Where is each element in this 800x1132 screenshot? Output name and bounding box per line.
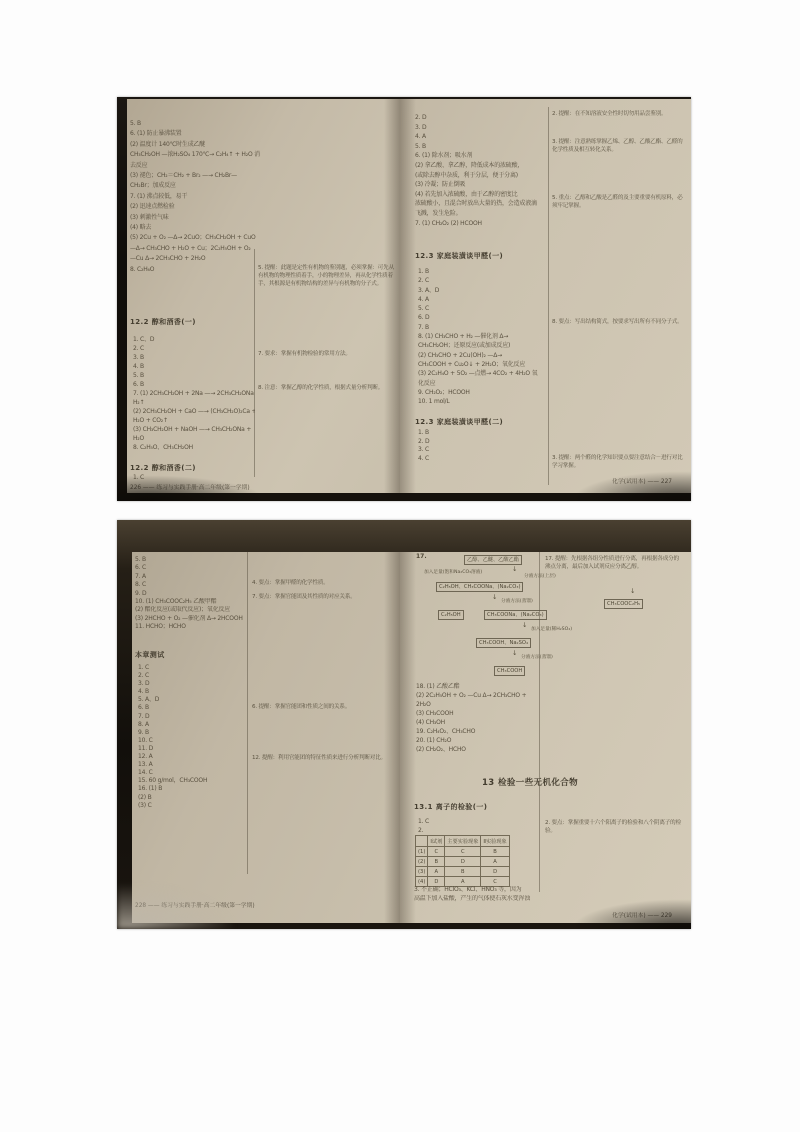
text-line: 4. B — [138, 688, 250, 696]
table-cell: (2) — [416, 857, 428, 867]
text-line: (2) 迅速点燃检验 — [130, 202, 325, 212]
flow-label-distill: 分液方法(蒸馏) — [501, 598, 533, 604]
answer-line: 2. — [418, 827, 423, 834]
text-line: 6. C — [135, 564, 250, 572]
text-line: (3) 2C₂H₄O + 5O₂ —点燃→ 4CO₂ + 4H₂O 氧 — [418, 369, 546, 378]
text-line: (4) 若先加入浓硫酸，由于乙醇的密度比 — [415, 190, 547, 200]
flow-label-add-h2so4: 加入足量(稀H₂SO₄) — [531, 626, 572, 632]
gutter-shadow — [400, 552, 416, 923]
text-line: 5. C — [418, 304, 546, 313]
text-line: 2. C — [138, 672, 250, 680]
text-line: (2) 拿乙酸、拿乙醇，降低成本的浓硫酸， — [415, 161, 547, 171]
flow-box-mix2: C₂H₅OH、CH₃COONa、(Na₂CO₃) — [436, 582, 523, 592]
text-line: (2) 温度计 140℃时生成乙醚 — [130, 140, 325, 150]
margin-note: 6. 提醒：掌握官能团和性质之间的关系。 — [252, 704, 388, 712]
text-line: 3. A、D — [418, 286, 546, 295]
flow-box-acid-mix: CH₃COOH、Na₂SO₄ — [476, 638, 531, 648]
text-line: 2. D — [415, 113, 547, 123]
text-line: 6. B — [133, 380, 255, 389]
text-line: 7. (1) CH₂O₂ (2) HCOOH — [415, 219, 547, 229]
text-line: 7. (1) 沸点较低，易干 — [130, 192, 325, 202]
text-line: 14. C — [138, 769, 250, 777]
book-page-226: 5. B6. (1) 防止暴沸装置(2) 温度计 140℃时生成乙醚CH₃CH₂… — [127, 99, 400, 493]
answers-column: 18. (1) 乙酸乙酯(2) 2C₂H₅OH + O₂ —Cu Δ→ 2CH₃… — [416, 682, 556, 754]
text-line: 10. (1) CH₃COOC₂H₅ 乙酸甲酯 — [135, 598, 250, 606]
table-cell: A — [428, 867, 445, 877]
table-cell: B — [445, 867, 481, 877]
margin-note: 17. 提醒：先根据各组分性质进行分离，再根据各成分的沸点分离，最后加入试剂反应… — [545, 556, 683, 572]
text-line: CH₂Br；加成反应 — [130, 181, 325, 191]
text-line: 8. A — [138, 721, 250, 729]
table-cell: B — [428, 857, 445, 867]
flow-box-acid: CH₃COOH — [494, 666, 525, 676]
margin-note: 2. 提醒：在不知溶液安全性时切勿用品尝鉴别。 — [552, 111, 685, 119]
flow-arrow-down-icon: ↓ — [630, 588, 635, 595]
photo-light-smudge — [117, 883, 237, 929]
text-line: 16. (1) B — [138, 785, 250, 793]
ion-test-table: Ⅰ试剂主要实验现象Ⅱ实验现象(1)CCB(2)BDA(3)ABD(4)DAC — [415, 835, 510, 887]
table-cell: C — [445, 847, 481, 857]
photo-shadow — [117, 475, 267, 501]
text-line: 11. HCHO；HCHO — [135, 623, 250, 631]
column-divider-line — [539, 552, 540, 892]
text-line: (3) 2HCHO + O₂ —催化剂 Δ→ 2HCOOH — [135, 615, 250, 623]
table-row: (3)ABD — [416, 867, 510, 877]
section-heading: 12.2 醇和酒香(一) — [130, 317, 196, 327]
text-line: (2) 2C₂H₅OH + O₂ —Cu Δ→ 2CH₃CHO + — [416, 691, 556, 700]
margin-note: 5. 重点：乙醇和乙酸是乙醛的及主要重要有机原料，必须牢记掌握。 — [552, 195, 685, 211]
section-heading: 12.3 家庭装潢谈甲醛(一) — [415, 251, 503, 261]
text-line: 5. B — [130, 119, 325, 129]
text-line: —Cu Δ→ 2CH₃CHO + 2H₂O — [130, 254, 325, 264]
text-line: 4. A — [418, 295, 546, 304]
table-header-row: Ⅰ试剂主要实验现象Ⅱ实验现象 — [416, 836, 510, 847]
text-line: 3. D — [415, 123, 547, 133]
text-line: 9. B — [138, 729, 250, 737]
table-row: (2)BDA — [416, 857, 510, 867]
gutter-shadow — [400, 99, 416, 493]
text-line: (3) 冷凝；防止倒吸 — [415, 180, 547, 190]
table-cell: (3) — [416, 867, 428, 877]
flow-label-add-na2co3: 加入足量(饱和Na₂CO₃溶液) — [424, 569, 482, 575]
item-number: 17. — [416, 553, 427, 560]
section-heading: 13.1 离子的检验(一) — [414, 802, 487, 812]
section-heading: 12.3 家庭装潢谈甲醛(二) — [415, 417, 503, 427]
text-line: 19. C₂H₄O₂、CH₃CHO — [416, 727, 556, 736]
text-line: 5. B — [135, 556, 250, 564]
text-line: 8. C₂H₅O、CH₃CH₂OH — [133, 443, 255, 452]
table-row: (4)DAC — [416, 877, 510, 887]
text-line: CH₃COOH + Cu₂O↓ + 2H₂O；氧化反应 — [418, 360, 546, 369]
answer-line: 1. C — [418, 818, 429, 825]
margin-note: 2. 要点：掌握重要十六个阳离子的检验和八个阴离子的检验。 — [545, 820, 683, 836]
text-line: 9. CH₂O₂；HCOOH — [418, 388, 546, 397]
text-line: 7. A — [135, 573, 250, 581]
text-line: (2) 2CH₃CH₂OH + CaO —→ (CH₃CH₂O)₂Ca + — [133, 407, 255, 416]
text-line: (4) CH₃OH — [416, 718, 556, 727]
text-line: (2) CH₃CHO + 2Cu(OH)₂ —Δ→ — [418, 351, 546, 360]
answers-column: 1. C、D2. C3. B4. B5. B6. B7. (1) 2CH₃CH₂… — [133, 335, 255, 452]
answers-column: 1. C2. C3. D4. B5. A、D6. B7. D8. A9. B10… — [138, 664, 250, 810]
text-line: 13. A — [138, 761, 250, 769]
text-line: 3. B — [133, 353, 255, 362]
text-line: 8. (1) CH₃CHO + H₂ —催化剂 Δ→ — [418, 332, 546, 341]
text-line: 6. (1) 除水剂；吸水剂 — [415, 151, 547, 161]
text-line: (3) 刺激性气味 — [130, 213, 325, 223]
text-line: 15. 60 g/mol，CH₃COOH — [138, 777, 250, 785]
text-line: 高温下加入盐酸，产生的气体使石灰水变浑浊 — [414, 895, 556, 904]
text-line: 4. B — [133, 362, 255, 371]
margin-note: 4. 要点：掌握甲醛的化学性质。 — [252, 580, 388, 588]
flow-box-salt: CH₃COONa、(Na₂CO₃) — [484, 610, 547, 620]
text-line: 6. D — [418, 313, 546, 322]
text-line: 18. (1) 乙酸乙酯 — [416, 682, 556, 691]
flow-box-mixture: 乙醇、乙醚、乙酸乙酯 — [464, 555, 522, 565]
text-line: 3. D — [138, 680, 250, 688]
book-page-228: 5. B6. C7. A8. C9. D10. (1) CH₃COOC₂H₅ 乙… — [132, 552, 400, 923]
flow-arrow-down-icon: ↓ — [512, 566, 517, 573]
text-line: 7. D — [138, 713, 250, 721]
margin-note: 5. 提醒：此题是定性有机物的鉴别题，必须掌握：可先从有机物的物理性质着手，小的… — [258, 265, 394, 288]
text-line: 2H₂O — [416, 700, 556, 709]
gutter-shadow — [384, 552, 400, 923]
table-cell: A — [445, 877, 481, 887]
text-line: 1. C — [138, 664, 250, 672]
text-line: 6. B — [138, 704, 250, 712]
table-cell: D — [428, 877, 445, 887]
text-line: 3. C — [418, 446, 478, 455]
margin-note: 8. 注意：掌握乙醇的化学性质，根据式量分析判断。 — [258, 385, 394, 393]
text-line: 4. C — [418, 455, 478, 464]
column-divider-line — [247, 552, 248, 874]
text-line: (3) 褪色；CH₂＝CH₂ + Br₂ —→ CH₂Br— — [130, 171, 325, 181]
text-line: (5) 2Cu + O₂ —Δ→ 2CuO；CH₃CH₂OH + CuO — [130, 233, 325, 243]
answers-column: 1. B2. C3. A、D4. A5. C6. D7. B8. (1) CH₃… — [418, 267, 546, 406]
text-line: 12. A — [138, 753, 250, 761]
column-divider-line — [254, 249, 255, 477]
table-cell: (1) — [416, 847, 428, 857]
text-line: 化反应 — [418, 379, 546, 388]
flow-arrow-down-icon: ↓ — [492, 594, 497, 601]
photo-shadow — [571, 471, 691, 501]
table-cell: D — [445, 857, 481, 867]
table-header-cell: Ⅱ实验现象 — [481, 836, 509, 847]
text-line: H₂O — [133, 434, 255, 443]
text-line: 6. (1) 防止暴沸装置 — [130, 129, 325, 139]
table-header-cell — [416, 836, 428, 847]
text-line: 2. D — [418, 438, 478, 447]
text-line: 2. C — [418, 276, 546, 285]
text-line: (或除去醇中杂质，利于分层，便于分离) — [415, 171, 547, 181]
text-line: (3) CH₃CH₂OH + NaOH —→ CH₃CH₂ONa + — [133, 425, 255, 434]
table-cell: C — [428, 847, 445, 857]
text-line: 4. A — [415, 132, 547, 142]
answers-column: 1. B2. D3. C4. C — [418, 429, 478, 463]
flow-label-distill: 分液方法(蒸馏) — [521, 654, 553, 660]
flow-arrow-down-icon: ↓ — [512, 650, 517, 657]
text-line: 9. D — [135, 590, 250, 598]
table-cell: A — [481, 857, 509, 867]
text-line: 11. D — [138, 745, 250, 753]
table-cell: B — [481, 847, 509, 857]
text-line: —Δ→ CH₃CHO + H₂O + Cu；2C₂H₅OH + O₂ — [130, 244, 325, 254]
text-line: CH₃CH₂OH；还原反应(或加成反应) — [418, 341, 546, 350]
text-line: 飞溅，发生危险。 — [415, 209, 547, 219]
answers-column: 5. B6. (1) 防止暴沸装置(2) 温度计 140℃时生成乙醚CH₃CH₂… — [130, 119, 325, 275]
text-line: (3) CH₃COOH — [416, 709, 556, 718]
margin-note: 8. 要点：写出结构简式，按要求写出所有不同分子式。 — [552, 319, 685, 327]
text-line: 1. B — [418, 267, 546, 276]
text-line: 浓硫酸小，且混合时放出大量的热，会造成液滴 — [415, 199, 547, 209]
book-page-229: 17. 乙醇、乙醚、乙酸乙酯 ↓ 加入足量(饱和Na₂CO₃溶液) 分液方法(上… — [400, 552, 691, 923]
text-line: 5. A、D — [138, 696, 250, 704]
text-line: (2) CH₂O₂、HCHO — [416, 745, 556, 754]
screenshot-root: { "colors": { "background": "#fdfdfd", "… — [0, 0, 800, 1132]
text-line: 5. B — [133, 371, 255, 380]
text-line: 2. C — [133, 344, 255, 353]
book-photo-top: 5. B6. (1) 防止暴沸装置(2) 温度计 140℃时生成乙醚CH₃CH₂… — [117, 97, 691, 501]
text-line: 20. (1) CH₂O — [416, 736, 556, 745]
chapter-heading: 13 检验一些无机化合物 — [430, 776, 630, 788]
book-page-227: 2. D3. D4. A5. B6. (1) 除水剂；吸水剂(2) 拿乙酸、拿乙… — [400, 99, 691, 493]
text-line: 5. B — [415, 142, 547, 152]
margin-note: 3. 提醒：两个醛的化学知识要点要注意结合－进行对比学习掌握。 — [552, 455, 685, 471]
text-line: H₂O + CO₂↑ — [133, 416, 255, 425]
text-line: H₂↑ — [133, 398, 255, 407]
table-row: (1)CCB — [416, 847, 510, 857]
flow-box-ester: CH₃COOC₂H₅ — [604, 599, 643, 609]
text-line: 3. 不正确；HClO₃、KCl、HNO₃ 等，因为 — [414, 886, 556, 895]
text-line: 10. 1 mol/L — [418, 397, 546, 406]
text-line: (2) B — [138, 794, 250, 802]
text-line: (2) 酯化反应(或取代反应)；氧化反应 — [135, 606, 250, 614]
section-heading: 12.2 醇和酒香(二) — [130, 463, 196, 473]
text-line: 1. B — [418, 429, 478, 438]
table-cell: D — [481, 867, 509, 877]
answers-column: 5. B6. C7. A8. C9. D10. (1) CH₃COOC₂H₅ 乙… — [135, 556, 250, 632]
table-cell: C — [481, 877, 509, 887]
table-cell: (4) — [416, 877, 428, 887]
column-divider-line — [548, 107, 549, 485]
margin-note: 7. 要求：掌握有机物检验的常用方法。 — [258, 351, 394, 359]
answers-column: 2. D3. D4. A5. B6. (1) 除水剂；吸水剂(2) 拿乙酸、拿乙… — [415, 113, 547, 228]
margin-note: 3. 提醒：注意熟练掌握乙烯、乙醇、乙酸乙酯、乙醛的化学性质及相互转化关系。 — [552, 139, 685, 155]
text-line: (3) C — [138, 802, 250, 810]
margin-note: 12. 提醒：利用官能团的特征性质来进行分析判断对比。 — [252, 755, 388, 763]
photo-shadow — [571, 899, 691, 929]
text-line: 8. C — [135, 581, 250, 589]
flow-arrow-down-icon: ↓ — [522, 622, 527, 629]
text-line: 7. (1) 2CH₃CH₂OH + 2Na —→ 2CH₃CH₂ONa + — [133, 389, 255, 398]
text-line: 10. C — [138, 737, 250, 745]
margin-note: 7. 要点：掌握官能团及其性质的对应关系。 — [252, 594, 388, 602]
text-line: 7. B — [418, 323, 546, 332]
book-photo-bottom: 5. B6. C7. A8. C9. D10. (1) CH₃COOC₂H₅ 乙… — [117, 520, 691, 929]
text-line: CH₃CH₂OH —浓H₂SO₄ 170℃→ C₂H₄↑ + H₂O 消 — [130, 150, 325, 160]
text-line: 去反应 — [130, 161, 325, 171]
gutter-shadow — [384, 99, 400, 493]
flow-box-ethanol: C₂H₅OH — [438, 610, 464, 620]
table-header-cell: Ⅰ试剂 — [428, 836, 445, 847]
table-header-cell: 主要实验现象 — [445, 836, 481, 847]
section-heading: 本章测试 — [135, 650, 165, 660]
text-line: (4) 略去 — [130, 223, 325, 233]
answers-column: 3. 不正确；HClO₃、KCl、HNO₃ 等，因为高温下加入盐酸，产生的气体使… — [414, 886, 556, 903]
text-line: 1. C、D — [133, 335, 255, 344]
